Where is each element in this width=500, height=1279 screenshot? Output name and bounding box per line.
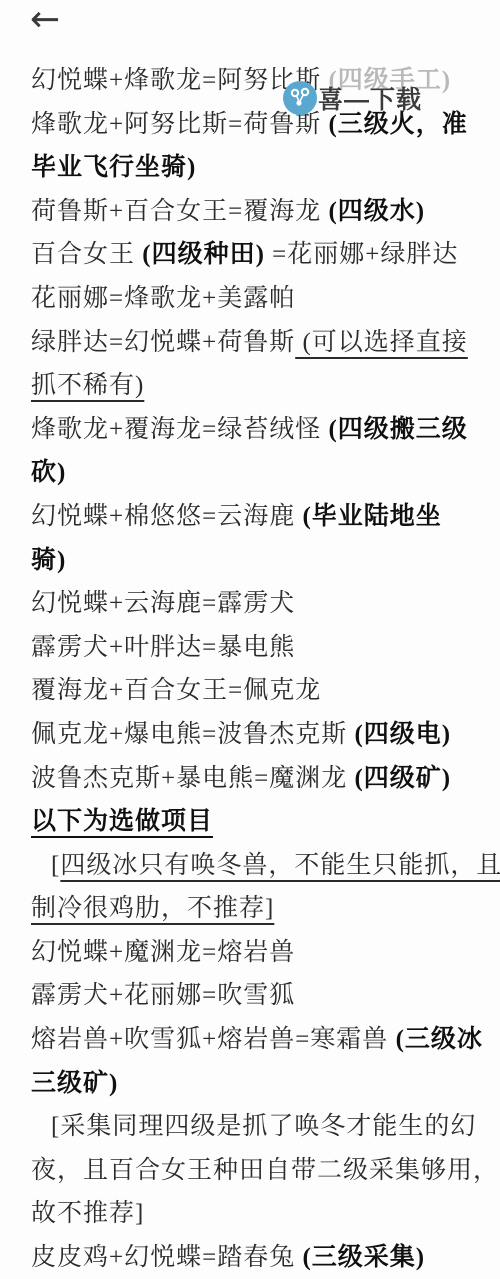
text-line: 三级矿) xyxy=(31,1062,477,1106)
back-button[interactable]: ← xyxy=(30,0,74,40)
text-line: 熔岩兽+吹雪狐+熔岩兽=寒霜兽 (三级冰 xyxy=(31,1018,477,1062)
text-line: 抓不稀有) xyxy=(31,364,477,408)
text-line: 烽歌龙+覆海龙=绿苔绒怪 (四级搬三级 xyxy=(31,408,477,452)
text-segment: 绿胖达=幻悦蝶+荷鲁斯 xyxy=(31,329,295,356)
text-line: 以下为选做项目 xyxy=(31,800,477,844)
text-segment: 幻悦蝶+棉悠悠=云海鹿 xyxy=(31,503,295,530)
back-arrow-icon: ← xyxy=(30,0,60,40)
text-segment: 制冷很鸡肋，不推荐] xyxy=(31,895,274,922)
text-segment: 佩克龙+爆电熊=波鲁杰克斯 xyxy=(31,721,347,748)
text-segment: 骑) xyxy=(31,547,66,574)
text-segment: (四级种田) xyxy=(135,241,272,268)
text-line: 毕业飞行坐骑) xyxy=(31,146,477,190)
text-segment: 烽歌龙+阿努比斯=荷鲁斯 xyxy=(31,111,321,138)
text-line: 夜，且百合女王种田自带二级采集够用， xyxy=(31,1149,477,1193)
text-line: 百合女王 (四级种田) =花丽娜+绿胖达 xyxy=(31,233,477,277)
text-line: 故不推荐] xyxy=(31,1192,477,1236)
text-segment: 三级矿) xyxy=(31,1070,118,1097)
text-segment: 砍) xyxy=(31,459,66,486)
text-segment: (四级手工) xyxy=(321,67,451,94)
text-segment: 幻悦蝶+云海鹿=霹雳犬 xyxy=(31,590,295,617)
text-line: 霹雳犬+花丽娜=吹雪狐 xyxy=(31,974,477,1018)
text-segment: 幻悦蝶+魔渊龙=熔岩兽 xyxy=(31,939,295,966)
text-line: 砍) xyxy=(31,451,477,495)
text-line: 皮皮鸡+幻悦蝶=踏春兔 (三级采集) xyxy=(31,1236,477,1279)
text-segment: 幻悦蝶+烽歌龙=阿努比斯 xyxy=(31,67,321,94)
text-line: 覆海龙+百合女王=佩克龙 xyxy=(31,669,477,713)
text-segment: 故不推荐] xyxy=(31,1200,144,1227)
text-segment: 百合女王 xyxy=(31,241,135,268)
text-segment: 烽歌龙+覆海龙=绿苔绒怪 xyxy=(31,416,321,443)
text-segment: (三级火，准 xyxy=(321,111,468,138)
text-line: 幻悦蝶+魔渊龙=熔岩兽 xyxy=(31,931,477,975)
text-segment: (四级电) xyxy=(347,721,451,748)
text-line: 荷鲁斯+百合女王=覆海龙 (四级水) xyxy=(31,190,477,234)
text-line: 骑) xyxy=(31,539,477,583)
text-line: 幻悦蝶+烽歌龙=阿努比斯 (四级手工) xyxy=(31,59,477,103)
text-segment: (四级水) xyxy=(321,198,425,225)
text-segment: 抓不稀有) xyxy=(31,372,144,399)
text-segment: 皮皮鸡+幻悦蝶=踏春兔 xyxy=(31,1244,295,1271)
text-line: [四级冰只有唤冬兽，不能生只能抓，且 xyxy=(31,844,477,888)
text-segment: 覆海龙+百合女王=佩克龙 xyxy=(31,677,321,704)
text-line: 制冷很鸡肋，不推荐] xyxy=(31,887,477,931)
text-segment: 四级冰只有唤冬兽，不能生只能抓，且 xyxy=(60,852,500,879)
text-segment: (三级采集) xyxy=(295,1244,425,1271)
text-segment: (可以选择直接 xyxy=(295,329,468,356)
text-segment: (三级冰 xyxy=(388,1026,483,1053)
text-segment: 霹雳犬+叶胖达=暴电熊 xyxy=(31,634,295,661)
text-segment: 熔岩兽+吹雪狐+熔岩兽=寒霜兽 xyxy=(31,1026,388,1053)
text-segment: (四级矿) xyxy=(347,765,451,792)
document-content[interactable]: 幻悦蝶+烽歌龙=阿努比斯 (四级手工)烽歌龙+阿努比斯=荷鲁斯 (三级火，准毕业… xyxy=(31,59,477,1279)
text-segment: [ xyxy=(51,852,60,879)
text-line: 花丽娜=烽歌龙+美露帕 xyxy=(31,277,477,321)
text-line: 烽歌龙+阿努比斯=荷鲁斯 (三级火，准 xyxy=(31,103,477,147)
text-line: [采集同理四级是抓了唤冬才能生的幻 xyxy=(31,1105,477,1149)
text-segment: 毕业飞行坐骑) xyxy=(31,154,196,181)
text-segment: =花丽娜+绿胖达 xyxy=(272,241,458,268)
text-segment: (毕业陆地坐 xyxy=(295,503,442,530)
text-line: 绿胖达=幻悦蝶+荷鲁斯 (可以选择直接 xyxy=(31,321,477,365)
text-line: 幻悦蝶+云海鹿=霹雳犬 xyxy=(31,582,477,626)
text-segment: 霹雳犬+花丽娜=吹雪狐 xyxy=(31,982,295,1009)
text-segment: [采集同理四级是抓了唤冬才能生的幻 xyxy=(51,1113,476,1140)
text-segment: 以下为选做项目 xyxy=(31,808,213,835)
text-line: 佩克龙+爆电熊=波鲁杰克斯 (四级电) xyxy=(31,713,477,757)
text-line: 霹雳犬+叶胖达=暴电熊 xyxy=(31,626,477,670)
text-segment: 花丽娜=烽歌龙+美露帕 xyxy=(31,285,295,312)
text-segment: 波鲁杰克斯+暴电熊=魔渊龙 xyxy=(31,765,347,792)
text-segment: 夜，且百合女王种田自带二级采集够用， xyxy=(31,1157,499,1184)
text-line: 波鲁杰克斯+暴电熊=魔渊龙 (四级矿) xyxy=(31,757,477,801)
text-segment: 荷鲁斯+百合女王=覆海龙 xyxy=(31,198,321,225)
text-line: 幻悦蝶+棉悠悠=云海鹿 (毕业陆地坐 xyxy=(31,495,477,539)
text-segment: (四级搬三级 xyxy=(321,416,468,443)
